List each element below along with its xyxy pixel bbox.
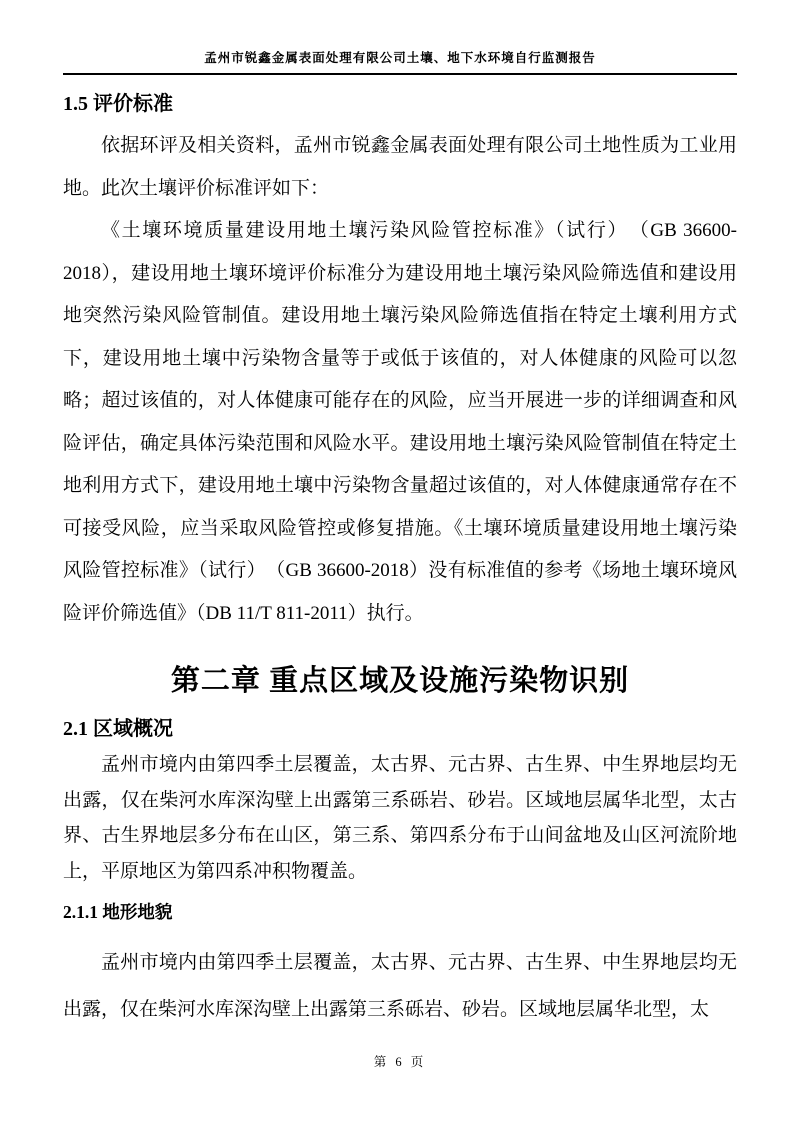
heading-section-2-1: 2.1 区域概况 bbox=[63, 715, 737, 743]
document-page: 孟州市锐鑫金属表面处理有限公司土壤、地下水环境自行监测报告 1.5 评价标准 依… bbox=[0, 0, 800, 1133]
page-number: 第 6 页 bbox=[0, 1052, 800, 1070]
chapter-2-title: 第二章 重点区域及设施污染物识别 bbox=[63, 661, 737, 701]
paragraph-2-1-1-terrain: 孟州市境内由第四季土层覆盖，太古界、元古界、古生界、中生界地层均无出露，仅在柴河… bbox=[63, 939, 737, 1033]
heading-section-2-1-1: 2.1.1 地形地貌 bbox=[63, 899, 737, 925]
paragraph-1-5-standards: 《土壤环境质量建设用地土壤污染风险管控标准》（试行） （GB 36600-201… bbox=[63, 210, 737, 635]
page-header: 孟州市锐鑫金属表面处理有限公司土壤、地下水环境自行监测报告 bbox=[63, 50, 737, 75]
header-title: 孟州市锐鑫金属表面处理有限公司土壤、地下水环境自行监测报告 bbox=[63, 50, 737, 66]
paragraph-2-1-overview: 孟州市境内由第四季土层覆盖，太古界、元古界、古生界、中生界地层均无出露，仅在柴河… bbox=[63, 747, 737, 889]
heading-section-1-5: 1.5 评价标准 bbox=[63, 89, 737, 119]
paragraph-1-5-intro: 依据环评及相关资料，孟州市锐鑫金属表面处理有限公司土地性质为工业用地。此次土壤评… bbox=[63, 125, 737, 210]
